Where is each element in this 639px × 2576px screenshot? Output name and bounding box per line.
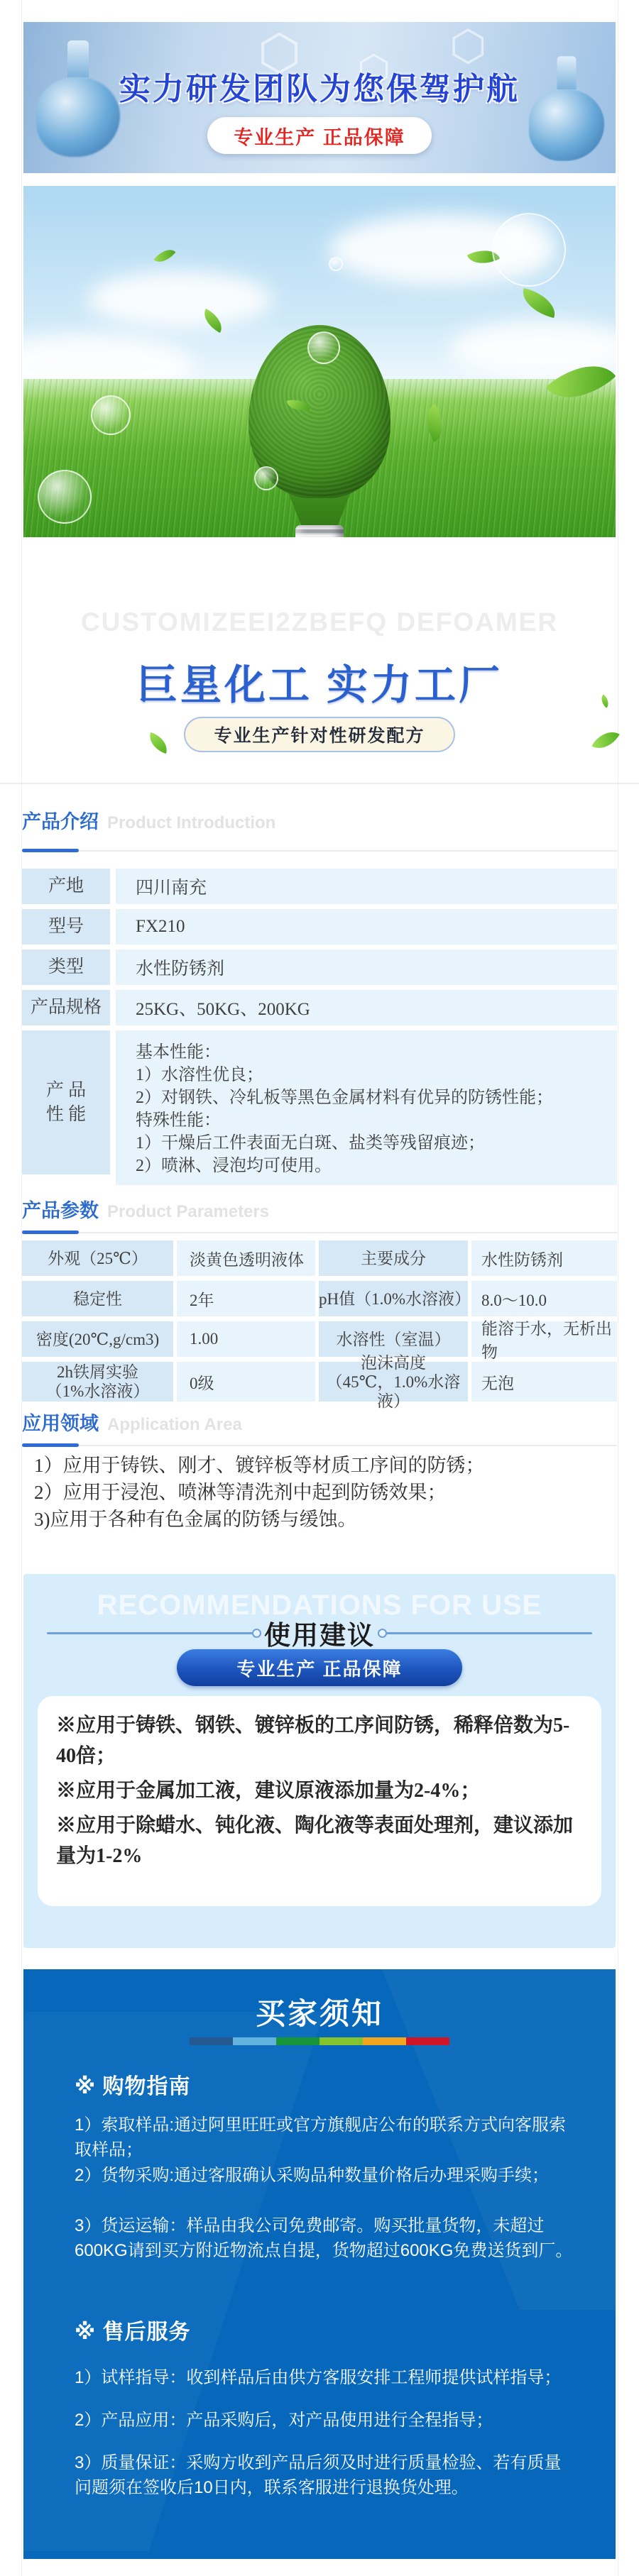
intro-title: 产品介绍 bbox=[22, 806, 99, 834]
row-label: 型号 bbox=[22, 909, 110, 945]
table-row: 产 品 性 能 基本性能： 1）水溶性优良； 2）对钢铁、冷轧板等黑色金属材料有… bbox=[22, 1030, 617, 1185]
intro-title-en: Product Introduction bbox=[107, 813, 275, 833]
recommendations-card: RECOMMENDATIONS FOR USE 使用建议 专业生产 正品保障 ※… bbox=[23, 1574, 616, 1948]
bulb-screw-base bbox=[295, 525, 344, 537]
cloud-shape bbox=[87, 271, 272, 328]
recommendations-title: 使用建议 bbox=[264, 1614, 375, 1652]
bubble-icon bbox=[329, 257, 343, 271]
leaf-icon bbox=[153, 244, 175, 267]
param-value: 无泡 bbox=[471, 1362, 617, 1402]
intro-table: 产地 四川南充 型号 FX210 类型 水性防锈剂 产品规格 25KG、50KG… bbox=[22, 869, 617, 1190]
recommendation-item: ※应用于铸铁、钢铁、镀锌板的工序间防锈，稀释倍数为5-40倍； bbox=[56, 1710, 583, 1771]
row-label: 产地 bbox=[22, 869, 110, 904]
param-label: 水溶性（室温） bbox=[319, 1321, 468, 1357]
param-label: 外观（25℃） bbox=[22, 1240, 173, 1276]
divider-line bbox=[47, 1632, 253, 1634]
bubble-icon bbox=[492, 213, 566, 287]
divider-line bbox=[386, 1632, 592, 1634]
recommendation-item: ※应用于金属加工液，建议原液添加量为2-4%； bbox=[56, 1776, 583, 1806]
bubble-icon bbox=[307, 331, 340, 364]
application-title-en: Application Area bbox=[107, 1415, 242, 1435]
list-item: 1）应用于铸铁、刚才、镀锌板等材质工序间的防锈； bbox=[34, 1452, 602, 1479]
row-label: 类型 bbox=[22, 950, 110, 985]
params-title-en: Product Parameters bbox=[107, 1202, 269, 1222]
param-label: 主要成分 bbox=[319, 1240, 468, 1276]
bubble-icon bbox=[91, 395, 131, 435]
recommendation-item: ※应用于除蜡水、钝化液、陶化液等表面处理剂，建议添加量为1-2% bbox=[56, 1810, 583, 1871]
table-row: 密度(20℃,g/cm3) 1.00 水溶性（室温） 能溶于水，无析出物 bbox=[22, 1321, 617, 1357]
notice-title: 买家须知 bbox=[23, 1991, 616, 2033]
list-item: 3)应用于各种有色金属的防锈与缓蚀。 bbox=[34, 1506, 602, 1533]
bubble-icon bbox=[254, 466, 278, 490]
table-row: 产地 四川南充 bbox=[22, 869, 617, 904]
row-value: 基本性能： 1）水溶性优良； 2）对钢铁、冷轧板等黑色金属材料有优异的防锈性能；… bbox=[116, 1030, 617, 1185]
table-row: 外观（25℃） 淡黄色透明液体 主要成分 水性防锈剂 bbox=[22, 1240, 617, 1276]
brand-watermark: CUSTOMIZEEI2ZBEFQ DEFOAMER bbox=[0, 607, 639, 637]
param-value: 水性防锈剂 bbox=[471, 1240, 617, 1276]
table-row: 类型 水性防锈剂 bbox=[22, 950, 617, 985]
params-section-header: 产品参数 Product Parameters bbox=[22, 1195, 269, 1223]
row-value: FX210 bbox=[116, 909, 617, 945]
intro-section-header: 产品介绍 Product Introduction bbox=[22, 806, 275, 834]
factory-title: 巨星化工 实力工厂 bbox=[0, 651, 639, 711]
application-title: 应用领域 bbox=[22, 1408, 99, 1436]
section-divider bbox=[0, 783, 639, 784]
list-item: 3）货运运输：样品由我公司免费邮寄。购买批量货物，未超过600KG请到买方附近物… bbox=[75, 2213, 576, 2263]
param-value: 淡黄色透明液体 bbox=[177, 1240, 315, 1276]
quality-badge: 专业生产 正品保障 bbox=[207, 117, 432, 154]
param-value: 0级 bbox=[177, 1362, 315, 1402]
buyer-notice-card: 买家须知 ※ 购物指南 1）索取样品:通过阿里旺旺或官方旗舰店公布的联系方式向客… bbox=[23, 1969, 616, 2559]
row-label: 产 品 性 能 bbox=[22, 1030, 110, 1174]
row-value: 25KG、50KG、200KG bbox=[116, 990, 617, 1025]
list-item: 2）货物采购:通过客服确认采购品种数量价格后办理采购手续； bbox=[75, 2163, 576, 2188]
param-label: 2h铁屑实验 （1%水溶液） bbox=[22, 1362, 173, 1402]
list-item: 3）质量保证：采购方收到产品后须及时进行质量检验、若有质量问题须在签收后10日内… bbox=[75, 2450, 576, 2500]
list-item: 2）应用于浸泡、喷淋等清洗剂中起到防锈效果； bbox=[34, 1479, 602, 1506]
leaf-icon bbox=[518, 288, 559, 318]
leaf-icon bbox=[591, 725, 620, 755]
row-label: 产品规格 bbox=[22, 990, 110, 1025]
params-header-underline bbox=[22, 1232, 617, 1233]
shopping-guide-heading: ※ 购物指南 bbox=[75, 2069, 191, 2100]
params-table: 外观（25℃） 淡黄色透明液体 主要成分 水性防锈剂 稳定性 2年 pH值（1.… bbox=[22, 1240, 617, 1407]
hero-image bbox=[23, 186, 616, 537]
params-title: 产品参数 bbox=[22, 1195, 99, 1223]
param-value: 2年 bbox=[177, 1281, 315, 1316]
row-value: 水性防锈剂 bbox=[116, 950, 617, 985]
aftersale-heading: ※ 售后服务 bbox=[75, 2314, 191, 2345]
list-item: 2）产品应用：产品采购后，对产品使用进行全程指导； bbox=[75, 2408, 576, 2433]
param-value: 能溶于水，无析出物 bbox=[471, 1321, 617, 1357]
table-row: 2h铁屑实验 （1%水溶液） 0级 泡沫高度 （45℃，1.0%水溶液） 无泡 bbox=[22, 1362, 617, 1402]
bubble-icon bbox=[38, 470, 92, 524]
color-divider-bar bbox=[190, 2037, 449, 2045]
product-detail-page: ⬡ ⬡ ⬡ 实力研发团队为您保驾护航 专业生产 正品保障 bbox=[0, 0, 639, 2576]
row-value: 四川南充 bbox=[116, 869, 617, 904]
param-label: pH值（1.0%水溶液） bbox=[319, 1281, 468, 1316]
recommendations-content: ※应用于铸铁、钢铁、镀锌板的工序间防锈，稀释倍数为5-40倍； ※应用于金属加工… bbox=[38, 1696, 601, 1906]
recommendations-title-row: 使用建议 bbox=[23, 1614, 616, 1652]
table-row: 型号 FX210 bbox=[22, 909, 617, 945]
param-value: 8.0～10.0 bbox=[471, 1281, 617, 1316]
leaf-icon bbox=[146, 732, 170, 754]
hexagon-icon: ⬡ bbox=[449, 25, 486, 67]
application-header-underline bbox=[22, 1445, 617, 1446]
application-section-header: 应用领域 Application Area bbox=[22, 1408, 242, 1436]
param-value: 1.00 bbox=[177, 1321, 315, 1357]
application-list: 1）应用于铸铁、刚才、镀锌板等材质工序间的防锈； 2）应用于浸泡、喷淋等清洗剂中… bbox=[34, 1452, 602, 1533]
table-row: 稳定性 2年 pH值（1.0%水溶液） 8.0～10.0 bbox=[22, 1281, 617, 1316]
list-item: 1）索取样品:通过阿里旺旺或官方旗舰店公布的联系方式向客服索取样品； bbox=[75, 2113, 576, 2162]
list-item: 1）试样指导：收到样品后由供方客服安排工程师提供试样指导； bbox=[75, 2365, 576, 2390]
top-banner: ⬡ ⬡ ⬡ 实力研发团队为您保驾护航 专业生产 正品保障 bbox=[23, 22, 616, 173]
table-row: 产品规格 25KG、50KG、200KG bbox=[22, 990, 617, 1025]
intro-header-underline bbox=[22, 850, 617, 852]
quality-badge: 专业生产 正品保障 bbox=[177, 1649, 462, 1686]
param-label: 泡沫高度 （45℃，1.0%水溶液） bbox=[319, 1362, 468, 1402]
banner-title: 实力研发团队为您保驾护航 bbox=[23, 63, 616, 109]
formula-badge: 专业生产针对性研发配方 bbox=[184, 717, 455, 752]
param-label: 密度(20℃,g/cm3) bbox=[22, 1321, 173, 1357]
param-label: 稳定性 bbox=[22, 1281, 173, 1316]
